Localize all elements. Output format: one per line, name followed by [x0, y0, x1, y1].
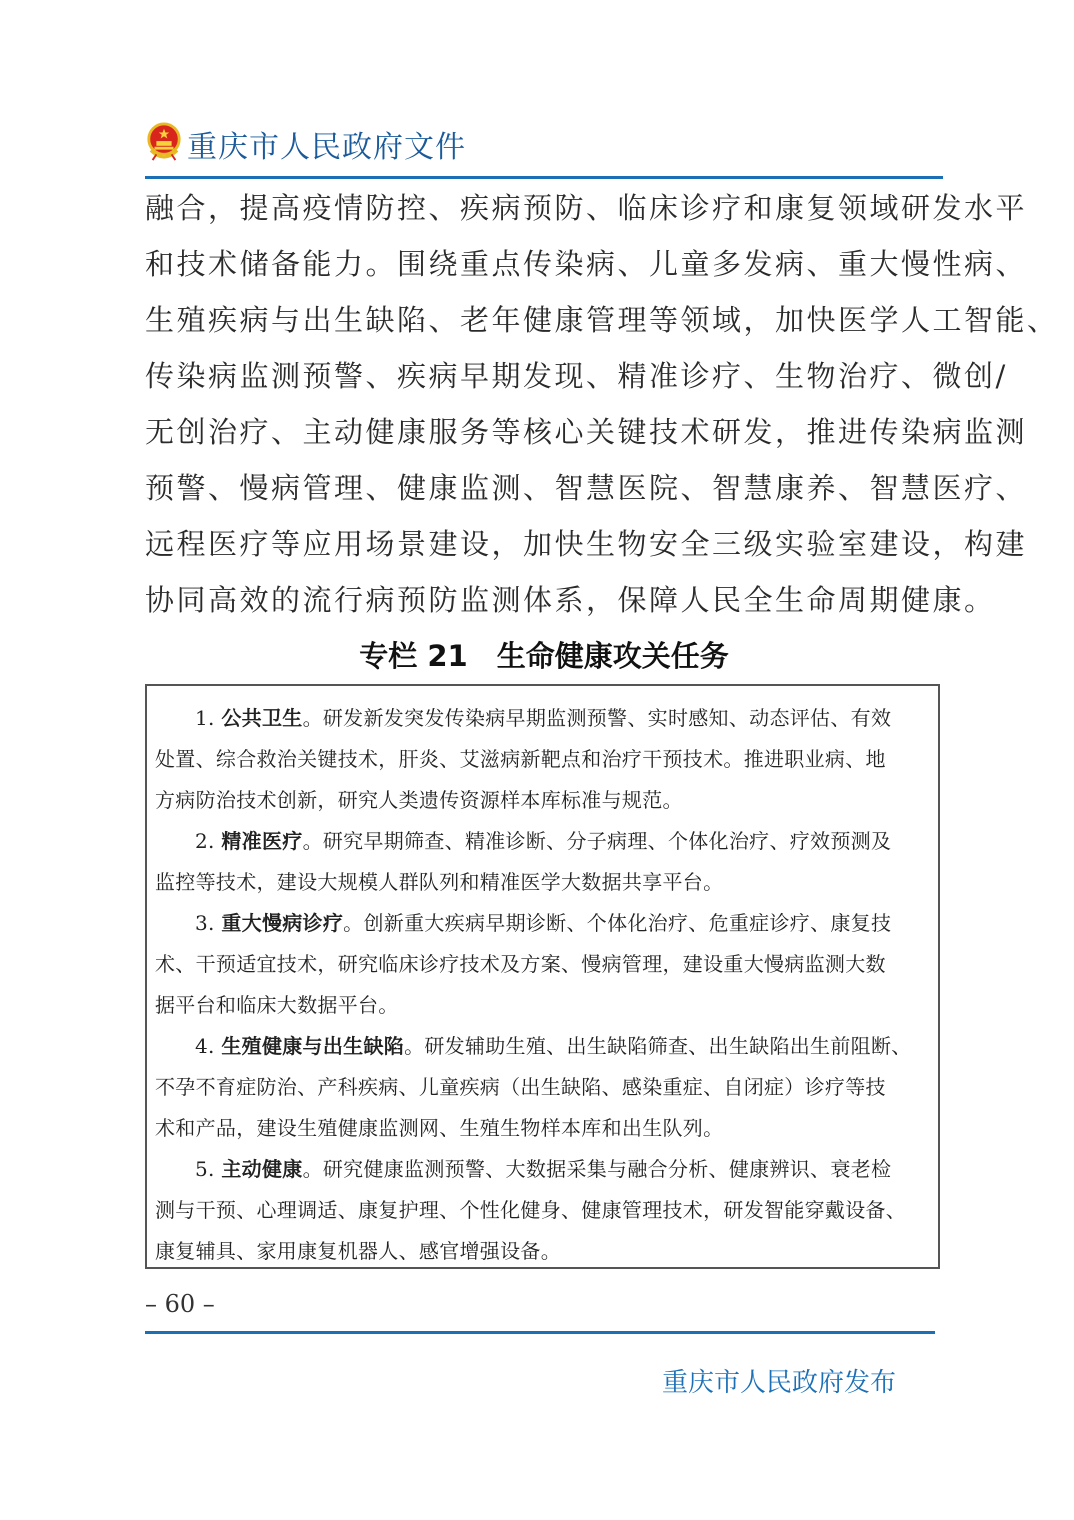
- body-line: 协同高效的流行病预防监测体系，保障人民全生命周期健康。: [145, 576, 945, 632]
- task-item-chronic-disease: 3. 重大慢病诊疗。创新重大疾病早期诊断、个体化治疗、危重症诊疗、康复技 术、干…: [155, 903, 930, 1026]
- body-line: 无创治疗、主动健康服务等核心关键技术研发，推进传染病监测: [145, 408, 945, 464]
- body-line: 远程医疗等应用场景建设，加快生物安全三级实验室建设，构建: [145, 520, 945, 576]
- item-number: 3.: [195, 911, 215, 935]
- item-heading: 精准医疗: [221, 829, 302, 853]
- item-number: 4.: [195, 1034, 215, 1058]
- body-line: 融合，提高疫情防控、疾病预防、临床诊疗和康复领域研发水平: [145, 184, 945, 240]
- item-number: 1.: [195, 706, 215, 730]
- document-header-title: 重庆市人民政府文件: [187, 122, 466, 166]
- item-heading: 生殖健康与出生缺陷: [221, 1034, 404, 1058]
- item-text: 监控等技术，建设大规模人群队列和精准医学大数据共享平台。: [155, 862, 930, 903]
- task-item-precision-medicine: 2. 精准医疗。研究早期筛查、精准诊断、分子病理、个体化治疗、疗效预测及 监控等…: [155, 821, 930, 903]
- column-box: 1. 公共卫生。研发新发突发传染病早期监测预警、实时感知、动态评估、有效 处置、…: [145, 684, 940, 1269]
- item-number: 5.: [195, 1157, 215, 1181]
- item-text: 。研究健康监测预警、大数据采集与融合分析、健康辨识、衰老检: [303, 1157, 892, 1181]
- item-text: 处置、综合救治关键技术，肝炎、艾滋病新靶点和治疗干预技术。推进职业病、地: [155, 739, 930, 780]
- body-line: 和技术储备能力。围绕重点传染病、儿童多发病、重大慢性病、: [145, 240, 945, 296]
- body-line: 生殖疾病与出生缺陷、老年健康管理等领域，加快医学人工智能、: [145, 296, 945, 352]
- footer-publisher: 重庆市人民政府发布: [662, 1362, 896, 1399]
- column-box-title: 专栏 21 生命健康攻关任务: [145, 634, 943, 675]
- task-item-reproductive-health: 4. 生殖健康与出生缺陷。研发辅助生殖、出生缺陷筛查、出生缺陷出生前阻断、 不孕…: [155, 1026, 930, 1149]
- item-text: 。研发辅助生殖、出生缺陷筛查、出生缺陷出生前阻断、: [404, 1034, 912, 1058]
- item-text: 术和产品，建设生殖健康监测网、生殖生物样本库和出生队列。: [155, 1108, 930, 1149]
- document-header: 重庆市人民政府文件: [145, 118, 945, 178]
- item-text: 方病防治技术创新，研究人类遗传资源样本库标准与规范。: [155, 780, 930, 821]
- task-item-public-health: 1. 公共卫生。研发新发突发传染病早期监测预警、实时感知、动态评估、有效 处置、…: [155, 698, 930, 821]
- task-item-active-health: 5. 主动健康。研究健康监测预警、大数据采集与融合分析、健康辨识、衰老检 测与干…: [155, 1149, 930, 1272]
- item-text: 。研发新发突发传染病早期监测预警、实时感知、动态评估、有效: [303, 706, 892, 730]
- body-line: 预警、慢病管理、健康监测、智慧医院、智慧康养、智慧医疗、: [145, 464, 945, 520]
- footer-divider: [145, 1331, 935, 1334]
- page-number: – 60 –: [145, 1290, 215, 1318]
- item-text: 据平台和临床大数据平台。: [155, 985, 930, 1026]
- national-emblem-icon: [145, 122, 183, 162]
- item-heading: 主动健康: [221, 1157, 302, 1181]
- item-text: 。创新重大疾病早期诊断、个体化治疗、危重症诊疗、康复技: [343, 911, 891, 935]
- item-heading: 公共卫生: [221, 706, 302, 730]
- item-text: 术、干预适宜技术，研究临床诊疗技术及方案、慢病管理，建设重大慢病监测大数: [155, 944, 930, 985]
- item-heading: 重大慢病诊疗: [221, 911, 343, 935]
- item-text: 康复辅具、家用康复机器人、感官增强设备。: [155, 1231, 930, 1272]
- item-text: 测与干预、心理调适、康复护理、个性化健身、健康管理技术，研发智能穿戴设备、: [155, 1190, 930, 1231]
- body-line: 传染病监测预警、疾病早期发现、精准诊疗、生物治疗、微创/: [145, 352, 945, 408]
- body-paragraph: 融合，提高疫情防控、疾病预防、临床诊疗和康复领域研发水平 和技术储备能力。围绕重…: [145, 184, 945, 632]
- header-divider: [145, 176, 943, 179]
- item-text: 不孕不育症防治、产科疾病、儿童疾病（出生缺陷、感染重症、自闭症）诊疗等技: [155, 1067, 930, 1108]
- item-text: 。研究早期筛查、精准诊断、分子病理、个体化治疗、疗效预测及: [303, 829, 892, 853]
- item-number: 2.: [195, 829, 215, 853]
